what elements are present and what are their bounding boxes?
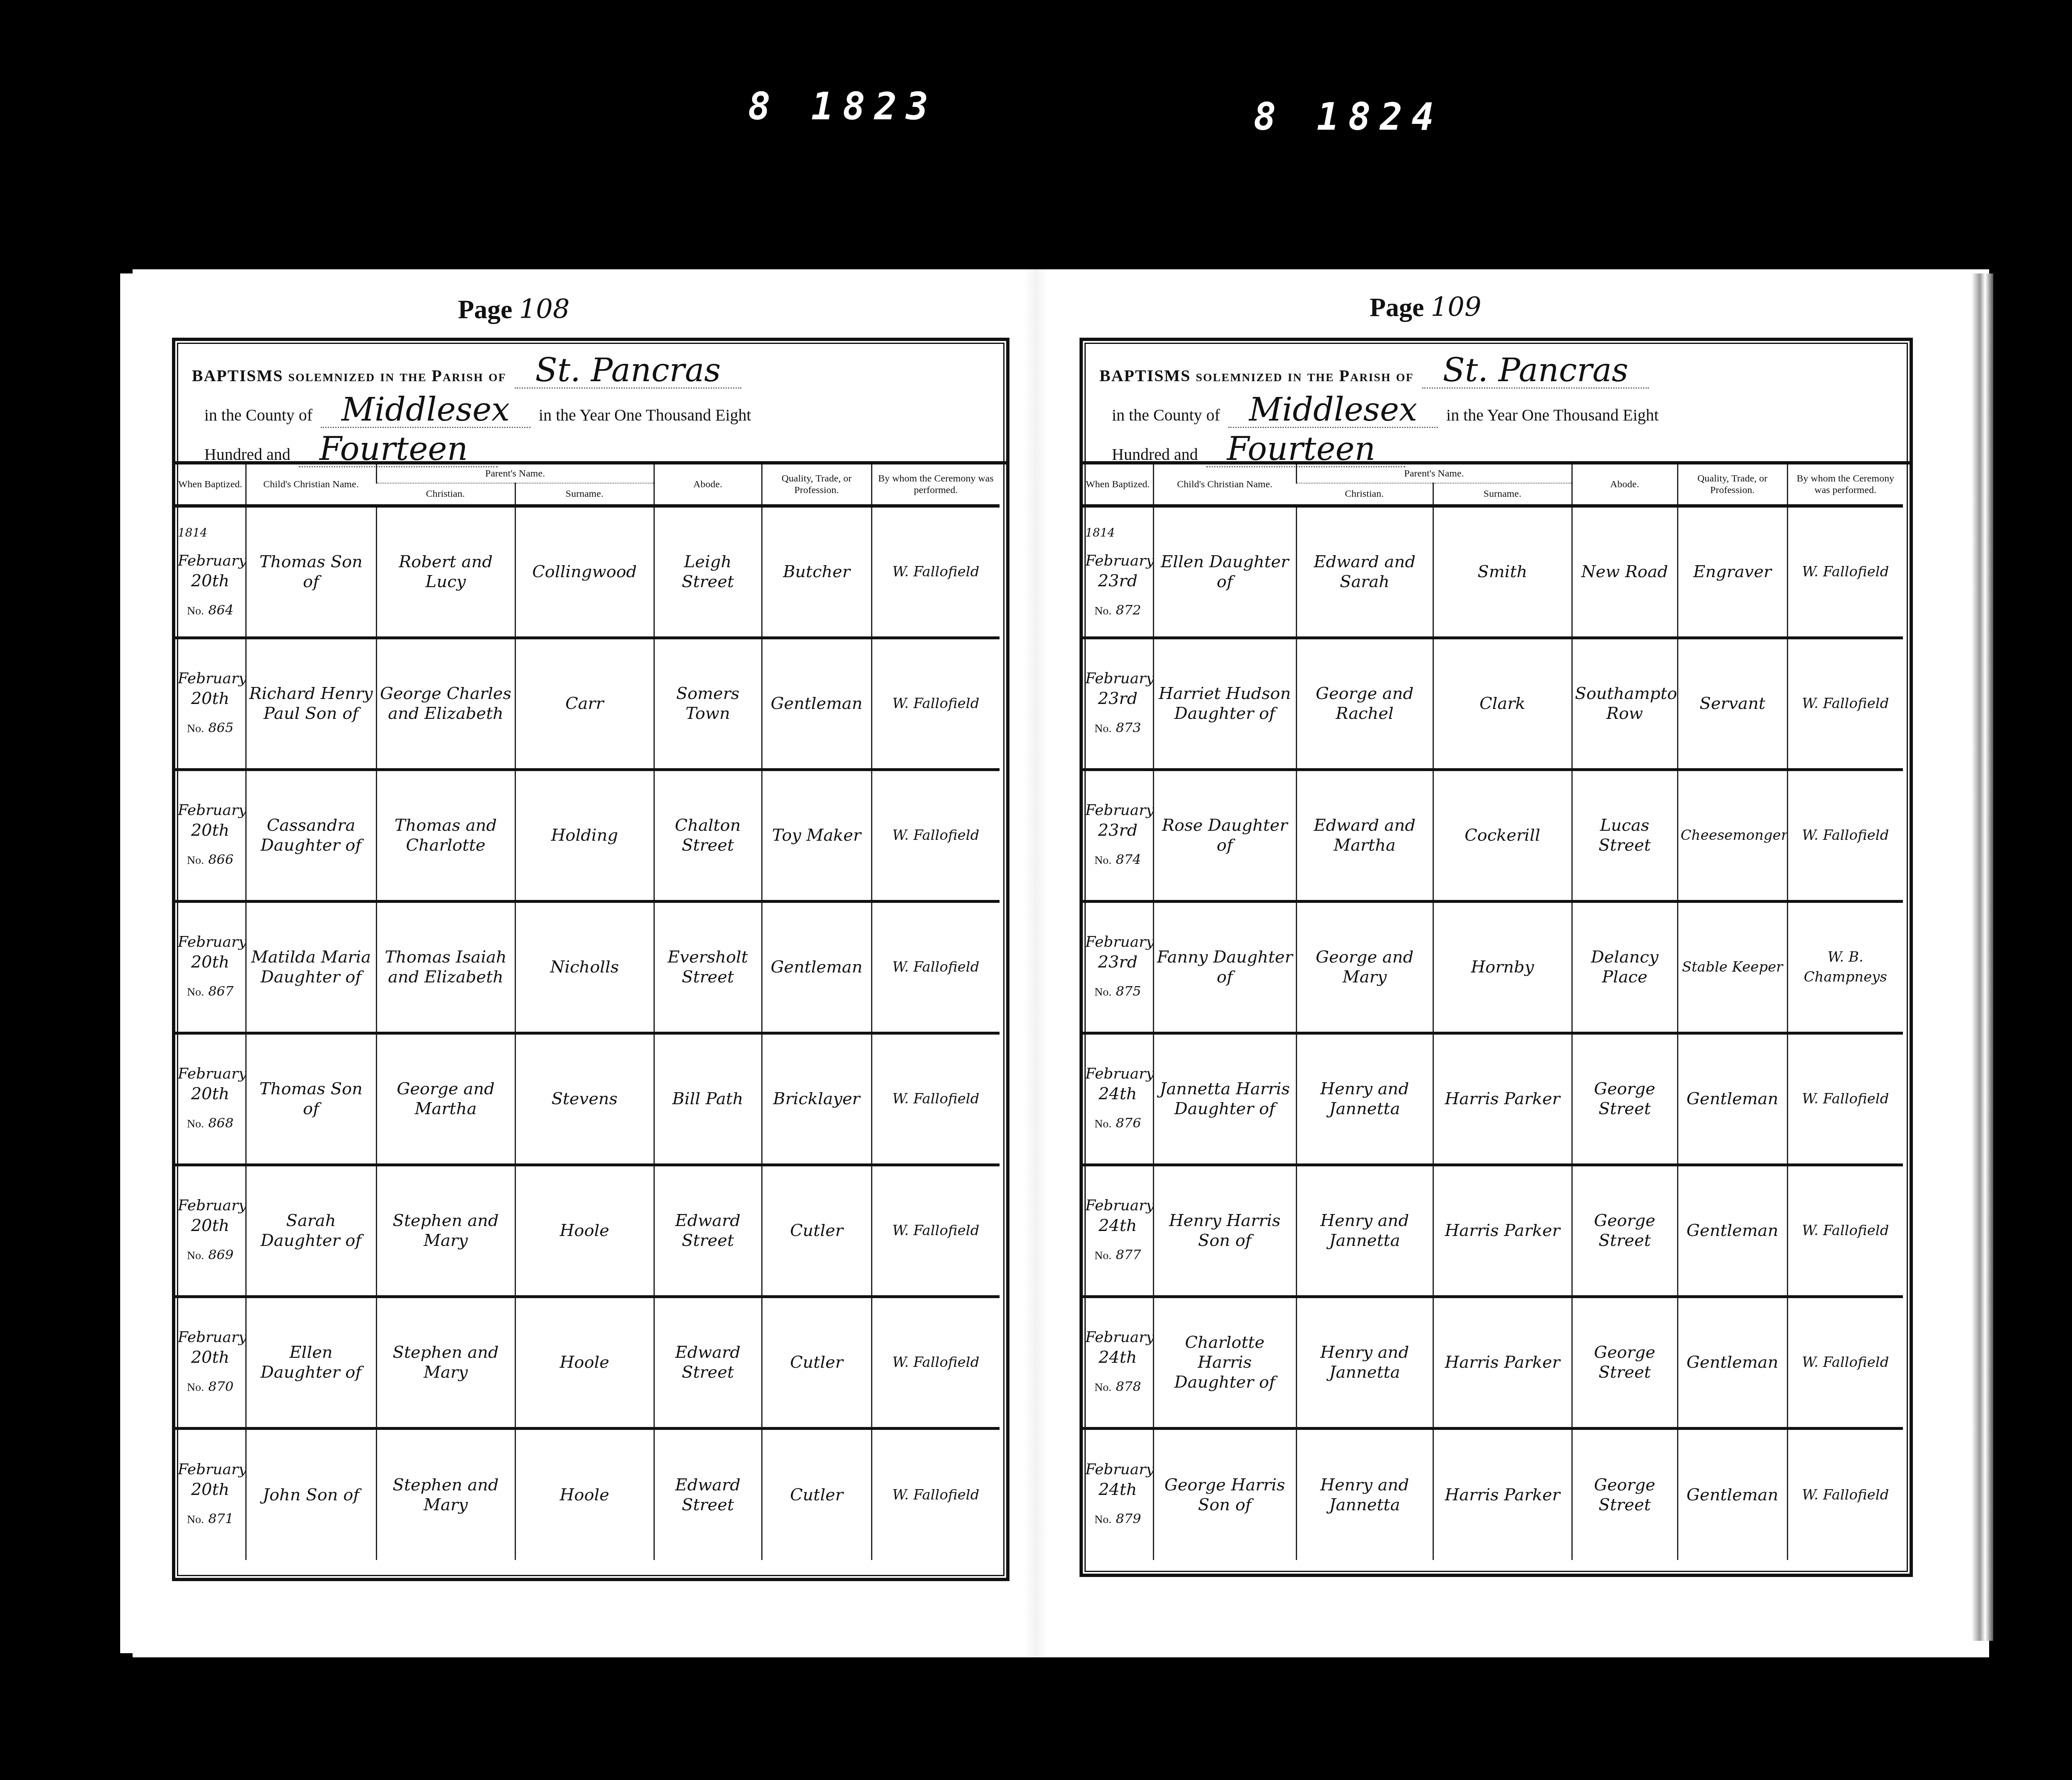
cell-parent-surname: Clark: [1433, 638, 1572, 769]
cell-child-name: Sarah Daughter of: [246, 1165, 376, 1296]
register-sheet-right: BAPTISMS solemnized in the Parish ofSt. …: [1080, 338, 1913, 1577]
cell-abode: George Street: [1572, 1165, 1677, 1296]
entry-number-label: No.: [187, 1381, 204, 1394]
baptism-month: February: [178, 1064, 243, 1084]
entry-number-label: No.: [187, 854, 204, 867]
cell-quality: Gentleman: [1677, 1296, 1787, 1428]
header-rule: [1083, 461, 1910, 464]
baptism-month: February: [1085, 551, 1150, 571]
baptism-month: February: [178, 932, 243, 952]
cell-quality: Cutler: [762, 1296, 871, 1428]
baptism-month: February: [1085, 1064, 1150, 1084]
entry-number-label: No.: [1094, 1381, 1111, 1394]
baptism-month: February: [178, 1328, 243, 1347]
cell-parent-christian: Henry and Jannetta: [1296, 1296, 1433, 1428]
cell-abode: George Street: [1572, 1296, 1677, 1428]
cell-child-name: Jannetta Harris Daughter of: [1153, 1033, 1296, 1165]
cell-parent-christian: Henry and Jannetta: [1296, 1165, 1433, 1296]
cell-abode: Edward Street: [654, 1428, 762, 1560]
cell-child-name: Ellen Daughter of: [1153, 506, 1296, 638]
cell-when-baptized: February20thNo. 869: [175, 1165, 246, 1296]
cell-parent-christian: Edward and Martha: [1296, 769, 1433, 901]
baptism-month: February: [1085, 669, 1150, 689]
baptism-month: February: [178, 551, 243, 571]
entry-number-label: No.: [1094, 854, 1111, 867]
col-abode: Abode.: [654, 464, 762, 506]
page-number: 109: [1431, 292, 1481, 323]
cell-child-name: Fanny Daughter of: [1153, 901, 1296, 1033]
table-row: February20thNo. 869Sarah Daughter ofStep…: [175, 1165, 1000, 1296]
cell-parent-surname: Smith: [1433, 506, 1572, 638]
entry-number: No. 871: [178, 1509, 243, 1530]
entry-number-label: No.: [1094, 605, 1111, 617]
cell-parent-christian: Henry and Jannetta: [1296, 1033, 1433, 1165]
book-gutter: [1024, 269, 1048, 1657]
col-quality: Quality, Trade, or Profession.: [762, 464, 871, 506]
baptism-month: February: [178, 669, 243, 689]
col-when-baptized: When Baptized.: [175, 464, 246, 506]
table-row: February24thNo. 879George Harris Son ofH…: [1083, 1428, 1903, 1560]
cell-when-baptized: February20thNo. 870: [175, 1296, 246, 1428]
cell-parent-christian: Henry and Jannetta: [1296, 1428, 1433, 1560]
baptism-day: 20th: [178, 1480, 243, 1499]
table-row: February20thNo. 871John Son ofStephen an…: [175, 1428, 1000, 1560]
entry-number: No. 872: [1085, 600, 1150, 621]
table-row: February20thNo. 866Cassandra Daughter of…: [175, 769, 1000, 901]
cell-by-whom: W. Fallofield: [1787, 506, 1903, 638]
baptism-day: 24th: [1085, 1216, 1150, 1236]
cell-when-baptized: February23rdNo. 875: [1083, 901, 1153, 1033]
cell-abode: Leigh Street: [654, 506, 762, 638]
cell-by-whom: W. Fallofield: [871, 769, 1000, 901]
register-table-right: When Baptized. Child's Christian Name. P…: [1083, 464, 1903, 1560]
cell-abode: Chalton Street: [654, 769, 762, 901]
cell-child-name: Rose Daughter of: [1153, 769, 1296, 901]
cell-parent-christian: George and Rachel: [1296, 638, 1433, 769]
cell-when-baptized: February20thNo. 867: [175, 901, 246, 1033]
year-note: 1814: [1085, 523, 1150, 543]
baptism-month: February: [178, 801, 243, 820]
entry-number: No. 877: [1085, 1245, 1150, 1266]
entry-number-label: No.: [1094, 722, 1111, 735]
col-parent-christian: Christian.: [376, 483, 515, 506]
cell-abode: New Road: [1572, 506, 1677, 638]
baptism-month: February: [1085, 932, 1150, 952]
baptism-month: February: [1085, 801, 1150, 820]
cell-abode: Delancy Place: [1572, 901, 1677, 1033]
cell-by-whom: W. Fallofield: [1787, 1428, 1903, 1560]
cell-parent-surname: Carr: [515, 638, 654, 769]
header-rule: [175, 461, 1006, 464]
year-note: 1814: [178, 523, 243, 543]
entry-number-label: No.: [187, 1117, 204, 1130]
cell-quality: Gentleman: [1677, 1033, 1787, 1165]
entry-number-label: No.: [1094, 1513, 1111, 1526]
cell-abode: Somers Town: [654, 638, 762, 769]
table-row: February24thNo. 878Charlotte Harris Daug…: [1083, 1296, 1903, 1428]
page-title-left: Page 108: [458, 294, 570, 325]
cell-quality: Servant: [1677, 638, 1787, 769]
cell-child-name: Henry Harris Son of: [1153, 1165, 1296, 1296]
cell-parent-surname: Collingwood: [515, 506, 654, 638]
cell-by-whom: W. Fallofield: [871, 901, 1000, 1033]
cell-when-baptized: February23rdNo. 874: [1083, 769, 1153, 901]
entry-number: No. 876: [1085, 1113, 1150, 1134]
baptism-day: 20th: [178, 952, 243, 972]
col-abode: Abode.: [1572, 464, 1677, 506]
baptism-day: 20th: [178, 1216, 243, 1236]
col-child-name: Child's Christian Name.: [246, 464, 376, 506]
register-table-left: When Baptized. Child's Christian Name. P…: [175, 464, 1000, 1560]
baptism-day: 24th: [1085, 1347, 1150, 1367]
preamble-right: BAPTISMS solemnized in the Parish ofSt. …: [1099, 353, 1893, 472]
film-reference-right: 8 1824: [1254, 95, 1443, 139]
county-field: Middlesex: [1228, 393, 1438, 428]
cell-by-whom: W. Fallofield: [871, 506, 1000, 638]
cell-quality: Bricklayer: [762, 1033, 871, 1165]
cell-by-whom: W. Fallofield: [1787, 1296, 1903, 1428]
preamble-text: in the Year One Thousand Eight: [1446, 398, 1659, 432]
cell-when-baptized: February20thNo. 868: [175, 1033, 246, 1165]
cell-quality: Gentleman: [762, 901, 871, 1033]
cell-by-whom: W. Fallofield: [871, 638, 1000, 769]
table-row: February20thNo. 870Ellen Daughter ofStep…: [175, 1296, 1000, 1428]
entry-number: No. 879: [1085, 1509, 1150, 1530]
cell-by-whom: W. B. Champneys: [1787, 901, 1903, 1033]
cell-parent-surname: Cockerill: [1433, 769, 1572, 901]
cell-parent-christian: George Charles and Elizabeth: [376, 638, 515, 769]
entry-number: No. 866: [178, 849, 243, 871]
cell-by-whom: W. Fallofield: [1787, 638, 1903, 769]
table-row: February20thNo. 867Matilda Maria Daughte…: [175, 901, 1000, 1033]
cell-quality: Stable Keeper: [1677, 901, 1787, 1033]
baptism-month: February: [1085, 1460, 1150, 1480]
cell-when-baptized: February20thNo. 865: [175, 638, 246, 769]
entry-number-label: No.: [187, 1249, 204, 1262]
entry-number-label: No.: [187, 722, 204, 735]
table-row: February23rdNo. 875Fanny Daughter ofGeor…: [1083, 901, 1903, 1033]
cell-abode: Southampton Row: [1572, 638, 1677, 769]
film-reference-left: 8 1823: [748, 85, 937, 128]
baptism-month: February: [178, 1460, 243, 1480]
cell-parent-christian: Edward and Sarah: [1296, 506, 1433, 638]
entry-number: No. 873: [1085, 718, 1150, 739]
table-row: February24thNo. 876Jannetta Harris Daugh…: [1083, 1033, 1903, 1165]
cell-parent-surname: Nicholls: [515, 901, 654, 1033]
baptism-month: February: [1085, 1196, 1150, 1216]
entry-number: No. 870: [178, 1376, 243, 1398]
cell-quality: Toy Maker: [762, 769, 871, 901]
cell-quality: Engraver: [1677, 506, 1787, 638]
baptism-day: 23rd: [1085, 952, 1150, 972]
county-field: Middlesex: [321, 393, 530, 428]
cell-parent-christian: Stephen and Mary: [376, 1296, 515, 1428]
table-row: February20thNo. 868Thomas Son ofGeorge a…: [175, 1033, 1000, 1165]
cell-by-whom: W. Fallofield: [871, 1165, 1000, 1296]
preamble-text: BAPTISMS solemnized in the Parish of: [192, 359, 506, 393]
col-by-whom: By whom the Ceremony was performed.: [871, 464, 1000, 506]
entry-number: No. 864: [178, 600, 243, 621]
col-parent-christian: Christian.: [1296, 483, 1433, 506]
cell-by-whom: W. Fallofield: [1787, 769, 1903, 901]
cell-when-baptized: 1814February20thNo. 864: [175, 506, 246, 638]
col-parents-name: Parent's Name.: [1296, 464, 1572, 483]
baptism-day: 20th: [178, 820, 243, 840]
cell-child-name: Harriet Hudson Daughter of: [1153, 638, 1296, 769]
cell-child-name: John Son of: [246, 1428, 376, 1560]
cell-parent-christian: Stephen and Mary: [376, 1428, 515, 1560]
entry-number-label: No.: [1094, 1249, 1111, 1262]
entry-number-label: No.: [187, 605, 204, 617]
page-title-right: Page 109: [1370, 292, 1481, 323]
col-parent-surname: Surname.: [1433, 483, 1572, 506]
cell-abode: Lucas Street: [1572, 769, 1677, 901]
register-sheet-left: BAPTISMS solemnized in the Parish ofSt. …: [172, 338, 1009, 1581]
cell-parent-surname: Harris Parker: [1433, 1165, 1572, 1296]
entry-number: No. 869: [178, 1245, 243, 1266]
baptism-day: 24th: [1085, 1480, 1150, 1499]
cell-by-whom: W. Fallofield: [871, 1296, 1000, 1428]
cell-when-baptized: February24thNo. 878: [1083, 1296, 1153, 1428]
cell-when-baptized: February23rdNo. 873: [1083, 638, 1153, 769]
page-number: 108: [519, 294, 570, 325]
entry-number-label: No.: [187, 986, 204, 999]
col-by-whom: By whom the Ceremony was performed.: [1787, 464, 1903, 506]
cell-parent-christian: George and Mary: [1296, 901, 1433, 1033]
cell-by-whom: W. Fallofield: [871, 1428, 1000, 1560]
cell-quality: Gentleman: [1677, 1165, 1787, 1296]
cell-child-name: Richard Henry Paul Son of: [246, 638, 376, 769]
cell-parent-surname: Hornby: [1433, 901, 1572, 1033]
baptism-day: 23rd: [1085, 820, 1150, 840]
entry-number: No. 868: [178, 1113, 243, 1134]
col-parent-surname: Surname.: [515, 483, 654, 506]
cell-child-name: Thomas Son of: [246, 1033, 376, 1165]
cell-parent-christian: George and Martha: [376, 1033, 515, 1165]
cell-child-name: Ellen Daughter of: [246, 1296, 376, 1428]
cell-parent-christian: Robert and Lucy: [376, 506, 515, 638]
register-rows-left: 1814February20thNo. 864Thomas Son ofRobe…: [175, 506, 1000, 1560]
cell-parent-surname: Holding: [515, 769, 654, 901]
cell-by-whom: W. Fallofield: [871, 1033, 1000, 1165]
cell-parent-christian: Thomas Isaiah and Elizabeth: [376, 901, 515, 1033]
cell-parent-christian: Thomas and Charlotte: [376, 769, 515, 901]
baptism-month: February: [1085, 1328, 1150, 1347]
cell-abode: Bill Path: [654, 1033, 762, 1165]
cell-when-baptized: February20thNo. 866: [175, 769, 246, 901]
cell-quality: Gentleman: [1677, 1428, 1787, 1560]
preamble-text: BAPTISMS solemnized in the Parish of: [1099, 359, 1414, 393]
cell-abode: George Street: [1572, 1428, 1677, 1560]
table-row: February24thNo. 877Henry Harris Son ofHe…: [1083, 1165, 1903, 1296]
cell-parent-christian: Stephen and Mary: [376, 1165, 515, 1296]
cell-when-baptized: February24thNo. 877: [1083, 1165, 1153, 1296]
entry-number: No. 878: [1085, 1376, 1150, 1398]
cell-quality: Cutler: [762, 1428, 871, 1560]
cell-quality: Cheesemonger: [1677, 769, 1787, 901]
cell-parent-surname: Harris Parker: [1433, 1296, 1572, 1428]
book-right-edge: [1939, 273, 1993, 1641]
cell-quality: Cutler: [762, 1165, 871, 1296]
cell-abode: Edward Street: [654, 1165, 762, 1296]
cell-by-whom: W. Fallofield: [1787, 1033, 1903, 1165]
cell-parent-surname: Harris Parker: [1433, 1033, 1572, 1165]
col-quality: Quality, Trade, or Profession.: [1677, 464, 1787, 506]
cell-when-baptized: February20thNo. 871: [175, 1428, 246, 1560]
cell-parent-surname: Hoole: [515, 1296, 654, 1428]
table-row: February23rdNo. 873Harriet Hudson Daught…: [1083, 638, 1903, 769]
entry-number: No. 867: [178, 981, 243, 1002]
cell-child-name: Thomas Son of: [246, 506, 376, 638]
register-rows-right: 1814February23rdNo. 872Ellen Daughter of…: [1083, 506, 1903, 1560]
cell-parent-surname: Harris Parker: [1433, 1428, 1572, 1560]
cell-child-name: Matilda Maria Daughter of: [246, 901, 376, 1033]
parish-field: St. Pancras: [515, 353, 742, 389]
entry-number-label: No.: [1094, 1117, 1111, 1130]
cell-when-baptized: February24thNo. 876: [1083, 1033, 1153, 1165]
col-parents-name: Parent's Name.: [376, 464, 654, 483]
entry-number: No. 865: [178, 718, 243, 739]
baptism-day: 23rd: [1085, 689, 1150, 709]
parish-field: St. Pancras: [1422, 353, 1649, 389]
entry-number: No. 874: [1085, 849, 1150, 871]
cell-parent-surname: Hoole: [515, 1165, 654, 1296]
table-row: 1814February20thNo. 864Thomas Son ofRobe…: [175, 506, 1000, 638]
table-row: February20thNo. 865Richard Henry Paul So…: [175, 638, 1000, 769]
preamble-text: in the Year One Thousand Eight: [539, 398, 751, 432]
entry-number-label: No.: [1094, 986, 1111, 999]
cell-parent-surname: Hoole: [515, 1428, 654, 1560]
baptism-day: 20th: [178, 571, 243, 591]
table-row: 1814February23rdNo. 872Ellen Daughter of…: [1083, 506, 1903, 638]
entry-number-label: No.: [187, 1513, 204, 1526]
cell-when-baptized: 1814February23rdNo. 872: [1083, 506, 1153, 638]
baptism-day: 20th: [178, 1347, 243, 1367]
cell-quality: Gentleman: [762, 638, 871, 769]
preamble-text: in the County of: [204, 398, 312, 432]
cell-abode: Eversholt Street: [654, 901, 762, 1033]
col-when-baptized: When Baptized.: [1083, 464, 1153, 506]
baptism-day: 20th: [178, 1084, 243, 1104]
cell-child-name: Cassandra Daughter of: [246, 769, 376, 901]
cell-by-whom: W. Fallofield: [1787, 1165, 1903, 1296]
cell-child-name: Charlotte Harris Daughter of: [1153, 1296, 1296, 1428]
cell-quality: Butcher: [762, 506, 871, 638]
baptism-day: 23rd: [1085, 571, 1150, 591]
table-row: February23rdNo. 874Rose Daughter ofEdwar…: [1083, 769, 1903, 901]
cell-when-baptized: February24thNo. 879: [1083, 1428, 1153, 1560]
baptism-day: 24th: [1085, 1084, 1150, 1104]
entry-number: No. 875: [1085, 981, 1150, 1002]
baptism-day: 20th: [178, 689, 243, 709]
page-label: Page: [1370, 293, 1424, 322]
preamble-text: in the County of: [1112, 398, 1220, 432]
cell-parent-surname: Stevens: [515, 1033, 654, 1165]
page-label: Page: [458, 295, 513, 324]
cell-child-name: George Harris Son of: [1153, 1428, 1296, 1560]
baptism-month: February: [178, 1196, 243, 1216]
cell-abode: George Street: [1572, 1033, 1677, 1165]
cell-abode: Edward Street: [654, 1296, 762, 1428]
col-child-name: Child's Christian Name.: [1153, 464, 1296, 506]
preamble-left: BAPTISMS solemnized in the Parish ofSt. …: [192, 353, 990, 472]
